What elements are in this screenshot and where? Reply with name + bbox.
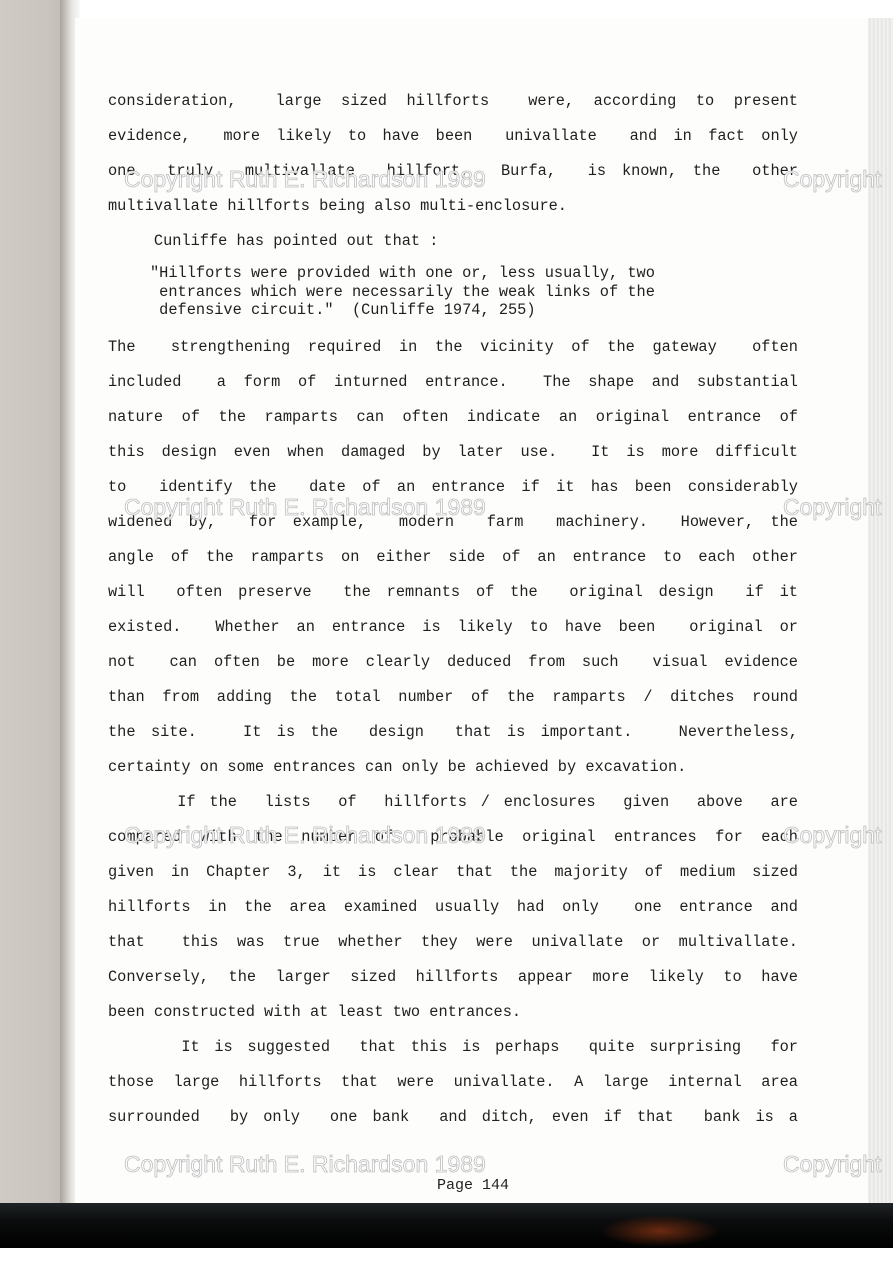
text-line: included a form of inturned entrance. Th… [108,369,798,404]
text-line: the site. It is the design that is impor… [108,719,798,754]
text-line: given in Chapter 3, it is clear that the… [108,859,798,894]
text-line: those large hillforts that were univalla… [108,1069,798,1104]
text-line: been constructed with at least two entra… [108,999,798,1034]
text-line: The strengthening required in the vicini… [108,334,798,369]
page-number: Page 144 [437,1177,509,1194]
text-line: than from adding the total number of the… [108,684,798,719]
book-cover-edge [0,1203,893,1248]
text-line: It is suggested that this is perhaps qui… [108,1034,798,1069]
text-line: this design even when damaged by later u… [108,439,798,474]
text-line: angle of the ramparts on either side of … [108,544,798,579]
quote-intro: Cunliffe has pointed out that : [108,228,798,263]
block-quote: "Hillforts were provided with one or, le… [108,263,798,334]
quote-line: defensive circuit." (Cunliffe 1974, 255) [150,301,798,320]
text-line: surrounded by only one bank and ditch, e… [108,1104,798,1139]
text-line: existed. Whether an entrance is likely t… [108,614,798,649]
text-line: widened by, for example, modern farm mac… [108,509,798,544]
page-stack-edge [868,18,893,1208]
paragraph-4: It is suggested that this is perhaps qui… [108,1034,798,1139]
text-line: consideration, large sized hillforts wer… [108,88,798,123]
text-line: hillforts in the area examined usually h… [108,894,798,929]
background-glow [600,1215,720,1247]
text-line: multivallate hillforts being also multi-… [108,193,798,228]
body-text: consideration, large sized hillforts wer… [108,88,798,1139]
text-line: compared with the number of probable ori… [108,824,798,859]
quote-line: "Hillforts were provided with one or, le… [150,264,798,283]
paragraph-1: consideration, large sized hillforts wer… [108,88,798,228]
text-line: not can often be more clearly deduced fr… [108,649,798,684]
text-line: will often preserve the remnants of the … [108,579,798,614]
text-line: one truly multivallate hillfort, Burfa, … [108,158,798,193]
paragraph-3: If the lists of hillforts / enclosures g… [108,789,798,1034]
text-line: evidence, more likely to have been univa… [108,123,798,158]
text-line: certainty on some entrances can only be … [108,754,798,789]
text-line: that this was true whether they were uni… [108,929,798,964]
text-line: nature of the ramparts can often indicat… [108,404,798,439]
text-line: Conversely, the larger sized hillforts a… [108,964,798,999]
scan-margin [0,1248,893,1263]
quote-line: entrances which were necessarily the wea… [150,283,798,302]
text-line: If the lists of hillforts / enclosures g… [108,789,798,824]
text-line: to identify the date of an entrance if i… [108,474,798,509]
paragraph-2: The strengthening required in the vicini… [108,334,798,789]
